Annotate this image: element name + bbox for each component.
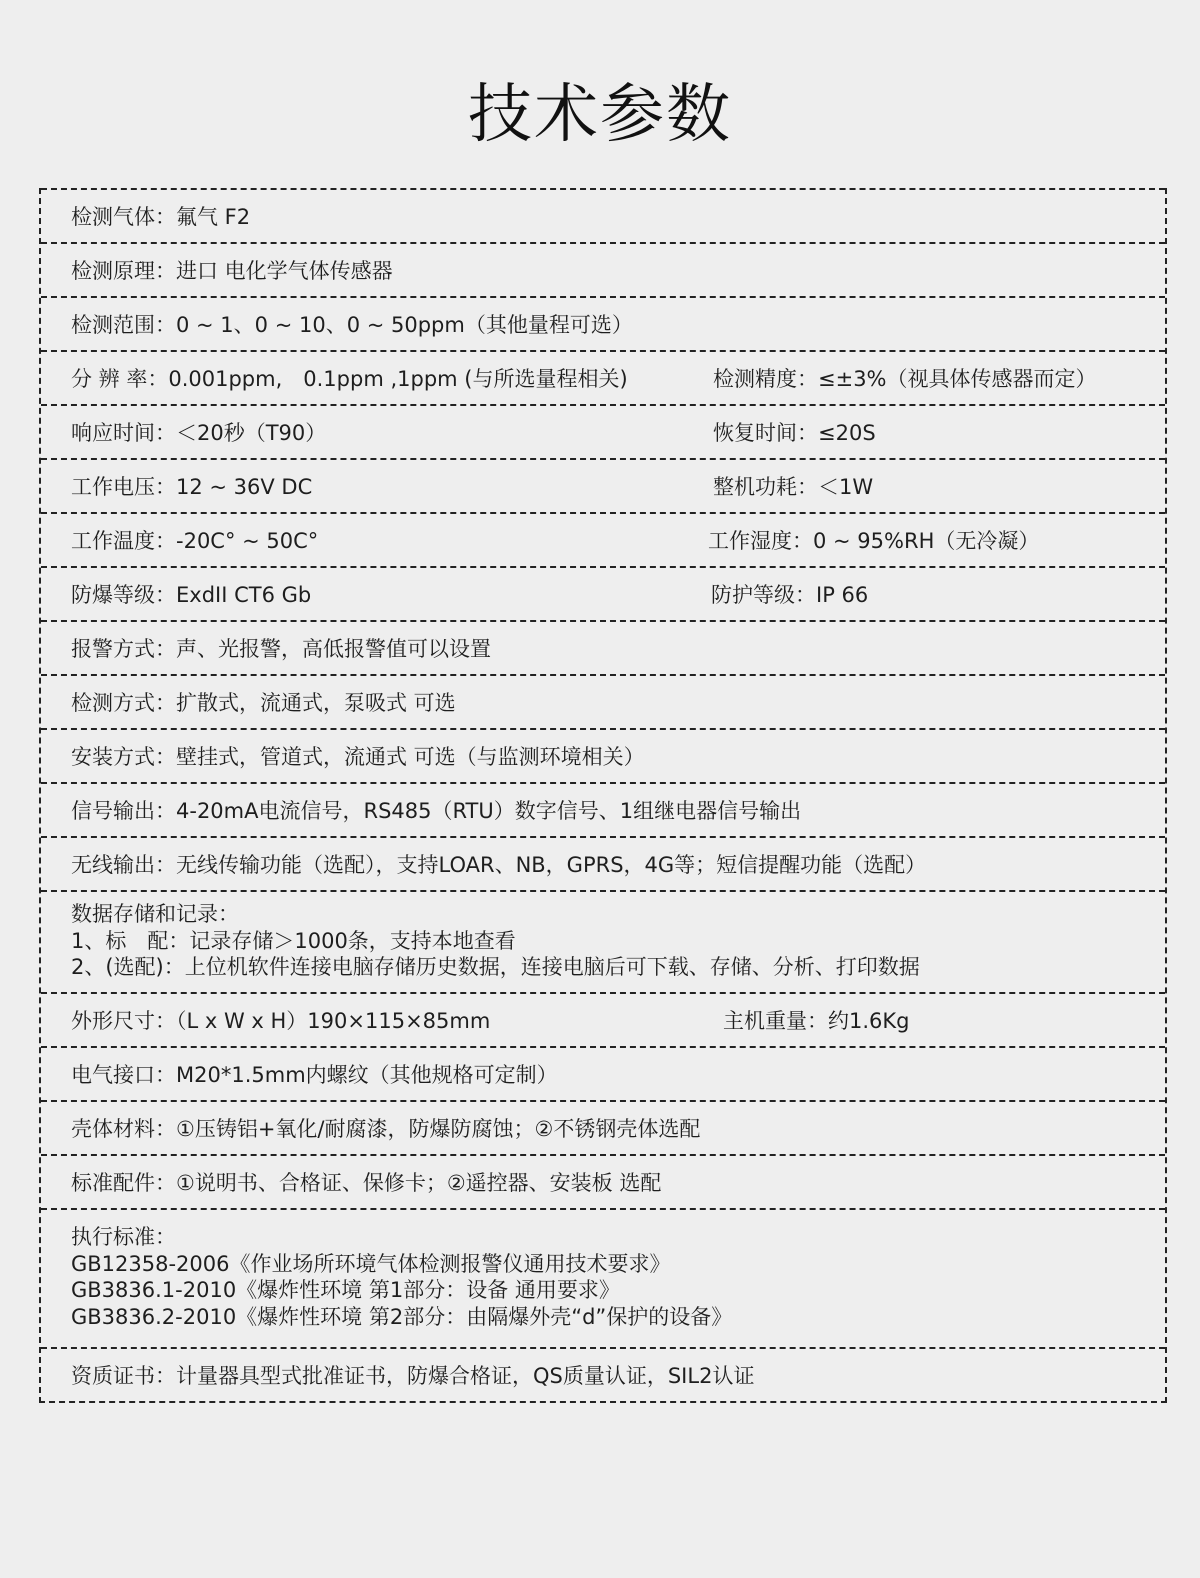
spec-row-range: 检测范围：0 ~ 1、0 ~ 10、0 ~ 50ppm（其他量程可选） bbox=[41, 296, 1165, 350]
spec-gas: 检测气体：氟气 F2 bbox=[71, 190, 250, 244]
spec-row-housing: 壳体材料：①压铸铝+氧化/耐腐漆，防爆防腐蚀；②不锈钢壳体选配 bbox=[41, 1100, 1165, 1154]
spec-row-storage: 数据存储和记录： 1、标 配：记录存储＞1000条，支持本地查看 2、(选配)：… bbox=[41, 890, 1165, 992]
spec-wireless-output: 无线输出：无线传输功能（选配），支持LOAR、NB，GPRS，4G等；短信提醒功… bbox=[71, 838, 926, 892]
spec-row-install: 安装方式：壁挂式，管道式，流通式 可选（与监测环境相关） bbox=[41, 728, 1165, 782]
spec-alarm-mode: 报警方式：声、光报警，高低报警值可以设置 bbox=[71, 622, 491, 676]
spec-row-principle: 检测原理：进口 电化学气体传感器 bbox=[41, 242, 1165, 296]
standard-gb3836-1: GB3836.1-2010《爆炸性环境 第1部分：设备 通用要求》 bbox=[71, 1277, 1165, 1304]
spec-table: 检测气体：氟气 F2 检测原理：进口 电化学气体传感器 检测范围：0 ~ 1、0… bbox=[39, 188, 1167, 1403]
spec-row-explosion: 防爆等级：ExdII CT6 Gb 防护等级：IP 66 bbox=[41, 566, 1165, 620]
spec-voltage: 工作电压：12 ~ 36V DC bbox=[71, 460, 312, 514]
spec-recovery-time: 恢复时间：≤20S bbox=[713, 406, 876, 460]
storage-optional: 2、(选配)：上位机软件连接电脑存储历史数据，连接电脑后可下载、存储、分析、打印… bbox=[71, 954, 1165, 981]
spec-row-wireless: 无线输出：无线传输功能（选配），支持LOAR、NB，GPRS，4G等；短信提醒功… bbox=[41, 836, 1165, 890]
standards-heading: 执行标准： bbox=[71, 1224, 1165, 1251]
spec-certificates: 资质证书：计量器具型式批准证书，防爆合格证，QS质量认证，SIL2认证 bbox=[71, 1349, 754, 1403]
spec-row-voltage: 工作电压：12 ~ 36V DC 整机功耗：＜1W bbox=[41, 458, 1165, 512]
spec-accessories: 标准配件：①说明书、合格证、保修卡；②遥控器、安装板 选配 bbox=[71, 1156, 661, 1210]
spec-row-standards: 执行标准： GB12358-2006《作业场所环境气体检测报警仪通用技术要求》 … bbox=[41, 1208, 1165, 1347]
spec-row-interface: 电气接口：M20*1.5mm内螺纹（其他规格可定制） bbox=[41, 1046, 1165, 1100]
spec-temperature: 工作温度：-20C° ~ 50C° bbox=[71, 514, 318, 568]
spec-row-detection-mode: 检测方式：扩散式，流通式，泵吸式 可选 bbox=[41, 674, 1165, 728]
standard-gb12358: GB12358-2006《作业场所环境气体检测报警仪通用技术要求》 bbox=[71, 1251, 1165, 1278]
spec-accuracy: 检测精度：≤±3%（视具体传感器而定） bbox=[713, 352, 1097, 406]
spec-row-temperature: 工作温度：-20C° ~ 50C° 工作湿度：0 ~ 95%RH（无冷凝） bbox=[41, 512, 1165, 566]
spec-explosion-rating: 防爆等级：ExdII CT6 Gb bbox=[71, 568, 311, 622]
spec-housing-material: 壳体材料：①压铸铝+氧化/耐腐漆，防爆防腐蚀；②不锈钢壳体选配 bbox=[71, 1102, 700, 1156]
spec-weight: 主机重量：约1.6Kg bbox=[723, 994, 910, 1048]
standard-gb3836-2: GB3836.2-2010《爆炸性环境 第2部分：由隔爆外壳“d”保护的设备》 bbox=[71, 1304, 1165, 1331]
spec-electrical-interface: 电气接口：M20*1.5mm内螺纹（其他规格可定制） bbox=[71, 1048, 558, 1102]
spec-row-signal: 信号输出：4-20mA电流信号，RS485（RTU）数字信号、1组继电器信号输出 bbox=[41, 782, 1165, 836]
spec-range: 检测范围：0 ~ 1、0 ~ 10、0 ~ 50ppm（其他量程可选） bbox=[71, 298, 633, 352]
spec-row-accessories: 标准配件：①说明书、合格证、保修卡；②遥控器、安装板 选配 bbox=[41, 1154, 1165, 1208]
spec-row-resolution: 分 辨 率：0.001ppm, 0.1ppm ,1ppm (与所选量程相关) 检… bbox=[41, 350, 1165, 404]
spec-principle: 检测原理：进口 电化学气体传感器 bbox=[71, 244, 393, 298]
spec-row-alarm: 报警方式：声、光报警，高低报警值可以设置 bbox=[41, 620, 1165, 674]
page-title: 技术参数 bbox=[0, 70, 1200, 160]
spec-power: 整机功耗：＜1W bbox=[713, 460, 873, 514]
spec-detection-mode: 检测方式：扩散式，流通式，泵吸式 可选 bbox=[71, 676, 456, 730]
spec-response-time: 响应时间：＜20秒（T90） bbox=[71, 406, 326, 460]
storage-standard: 1、标 配：记录存储＞1000条，支持本地查看 bbox=[71, 928, 1165, 955]
spec-install-mode: 安装方式：壁挂式，管道式，流通式 可选（与监测环境相关） bbox=[71, 730, 645, 784]
spec-humidity: 工作湿度：0 ~ 95%RH（无冷凝） bbox=[708, 514, 1039, 568]
spec-dimensions: 外形尺寸：（L x W x H）190×115×85mm bbox=[71, 994, 490, 1048]
spec-row-gas: 检测气体：氟气 F2 bbox=[41, 188, 1165, 242]
storage-heading: 数据存储和记录： bbox=[71, 901, 1165, 928]
spec-row-dimensions: 外形尺寸：（L x W x H）190×115×85mm 主机重量：约1.6Kg bbox=[41, 992, 1165, 1046]
spec-row-response: 响应时间：＜20秒（T90） 恢复时间：≤20S bbox=[41, 404, 1165, 458]
spec-resolution: 分 辨 率：0.001ppm, 0.1ppm ,1ppm (与所选量程相关) bbox=[71, 352, 628, 406]
spec-signal-output: 信号输出：4-20mA电流信号，RS485（RTU）数字信号、1组继电器信号输出 bbox=[71, 784, 801, 838]
spec-protection-rating: 防护等级：IP 66 bbox=[711, 568, 868, 622]
spec-row-certificates: 资质证书：计量器具型式批准证书，防爆合格证，QS质量认证，SIL2认证 bbox=[41, 1347, 1165, 1401]
